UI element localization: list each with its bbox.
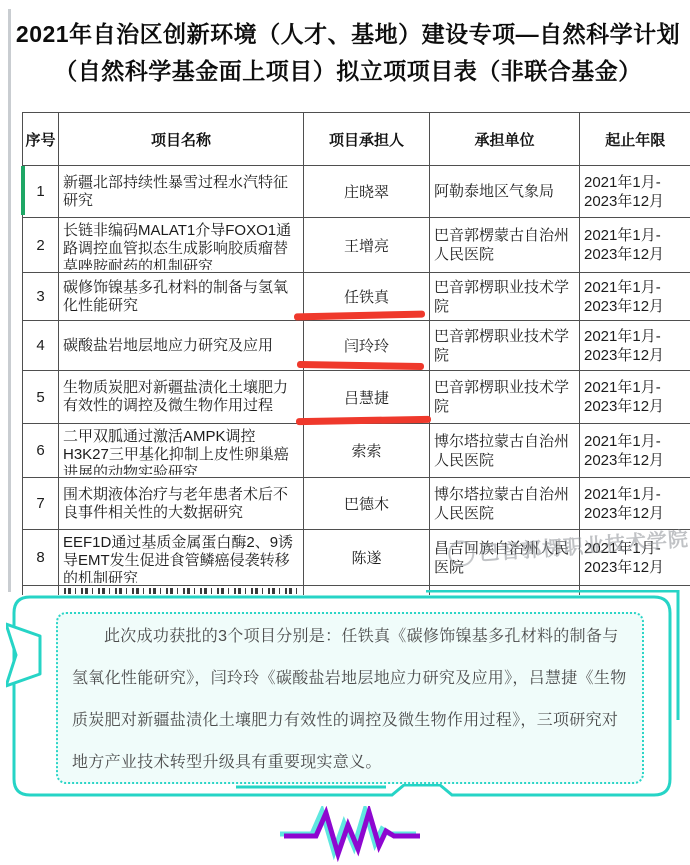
watermark-logo-icon	[447, 539, 475, 567]
ribbon-icon	[6, 624, 40, 686]
table-row: 1 新疆北部持续性暴雪过程水汽特征研究 庄晓翠 阿勒泰地区气象局 2021年1月…	[23, 166, 690, 218]
table-row: 7 围术期液体治疗与老年患者术后不良事件相关性的大数据研究 巴德木 博尔塔拉蒙古…	[23, 478, 690, 530]
notice-text: 此次成功获批的3个项目分别是：任铁真《碳修饰镍基多孔材料的制备与氢氧化性能研究》…	[72, 616, 628, 784]
notice-box: 此次成功获批的3个项目分别是：任铁真《碳修饰镍基多孔材料的制备与氢氧化性能研究》…	[56, 612, 644, 784]
pulse-icon	[278, 806, 428, 862]
document-screenshot: 2021年自治区创新环境（人才、基地）建设专项—自然科学计划 （自然科学基金面上…	[0, 0, 690, 865]
row1-selection-highlight	[21, 166, 25, 215]
header-project-name: 项目名称	[59, 113, 304, 166]
page-edge-line	[8, 9, 11, 592]
header-term: 起止年限	[580, 113, 690, 166]
header-unit: 承担单位	[430, 113, 580, 166]
project-table-body: 1 新疆北部持续性暴雪过程水汽特征研究 庄晓翠 阿勒泰地区气象局 2021年1月…	[23, 166, 690, 586]
table-row: 2 长链非编码MALAT1介导FOXO1通路调控血管拟态生成影响胶质瘤替莫唑胺耐…	[23, 218, 690, 273]
table-header: 序号 项目名称 项目承担人 承担单位 起止年限	[23, 113, 690, 166]
table-row: 5 生物质炭肥对新疆盐渍化土壤肥力有效性的调控及微生物作用过程 吕慧捷 巴音郭楞…	[23, 371, 690, 424]
projects-table: 序号 项目名称 项目承担人 承担单位 起止年限 1 新疆北部持续性暴雪过程水汽特…	[22, 112, 690, 595]
page-title: 2021年自治区创新环境（人才、基地）建设专项—自然科学计划 （自然科学基金面上…	[12, 16, 684, 90]
header-no: 序号	[23, 113, 59, 166]
header-leader: 项目承担人	[304, 113, 430, 166]
table-row: 6 二甲双胍通过激活AMPK调控H3K27三甲基化抑制上皮性卵巢癌进展的动物实验…	[23, 424, 690, 478]
